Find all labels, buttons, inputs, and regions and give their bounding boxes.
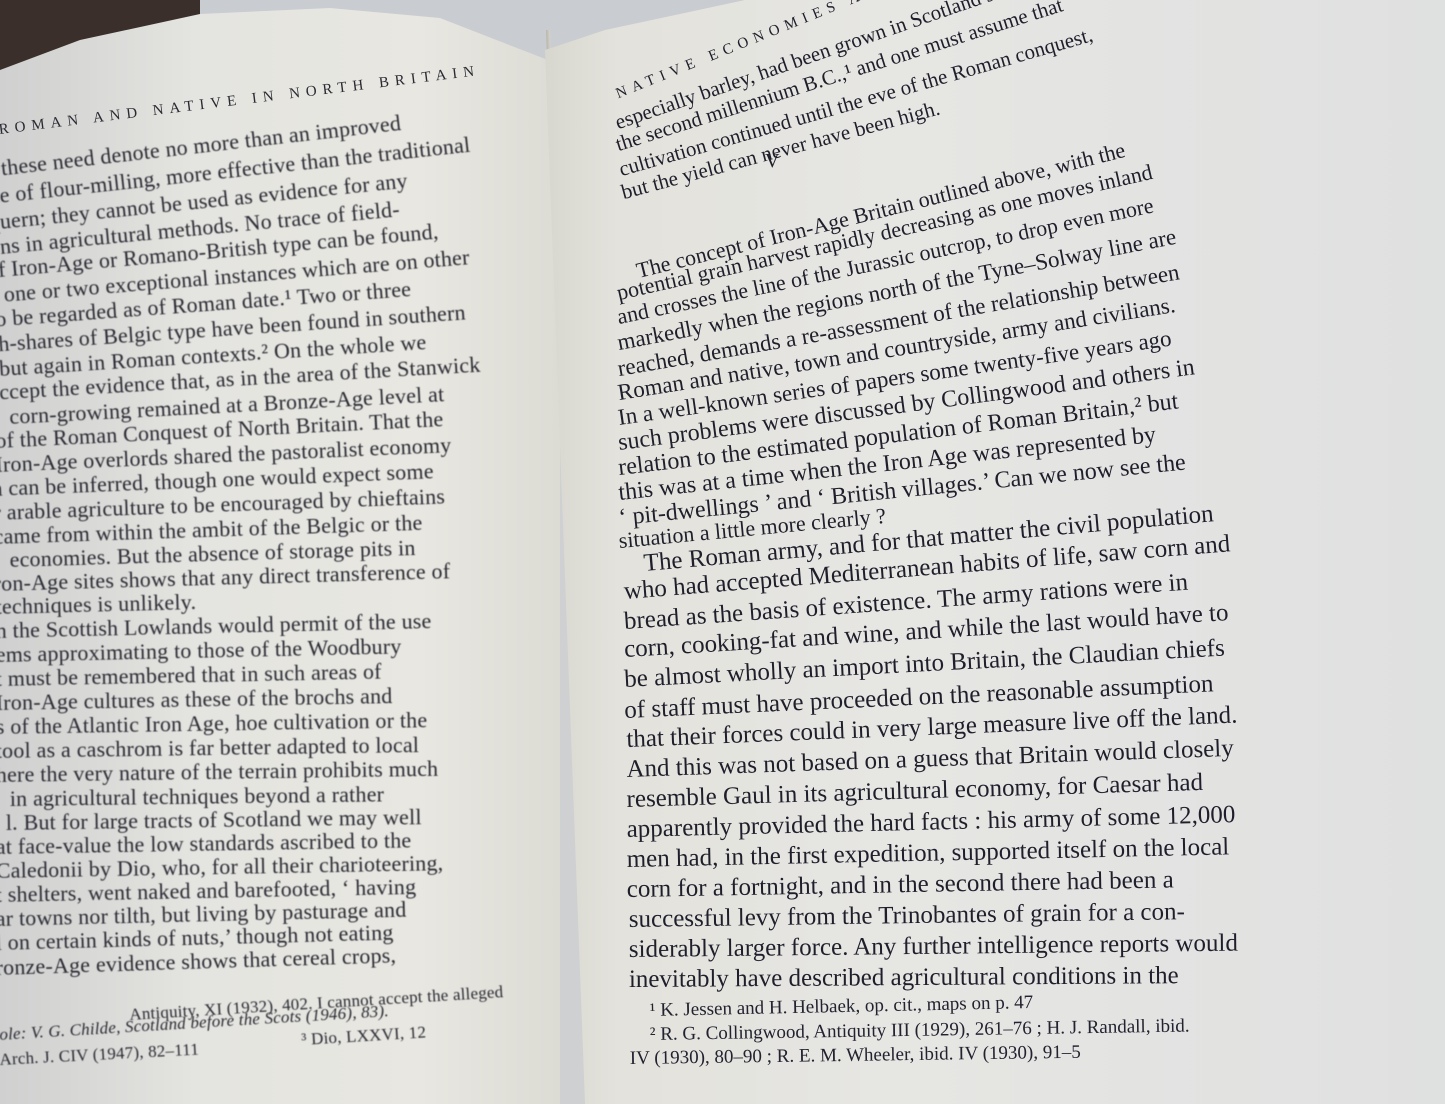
right-footnote: ¹ K. Jessen and H. Helbaek, op. cit., ma… [650, 992, 1034, 1022]
left-footnote: ³ Dio, LXXVI, 12 [301, 1022, 427, 1050]
right-body-line: inevitably have described agricultural c… [629, 962, 1179, 994]
section-number: V [765, 150, 779, 173]
right-page: Native Economies and th especially barle… [545, 0, 1445, 1104]
right-body-line: successful levy from the Trinobantes of … [629, 898, 1185, 934]
right-footnote: IV (1930), 80–90 ; R. E. M. Wheeler, ibi… [630, 1042, 1081, 1070]
right-body-line: siderably larger force. Any further inte… [629, 930, 1238, 964]
left-page: Roman and Native in North Britain n, the… [0, 0, 560, 1104]
left-footnote: Arch. J. CIV (1947), 82–111 [0, 1040, 200, 1070]
